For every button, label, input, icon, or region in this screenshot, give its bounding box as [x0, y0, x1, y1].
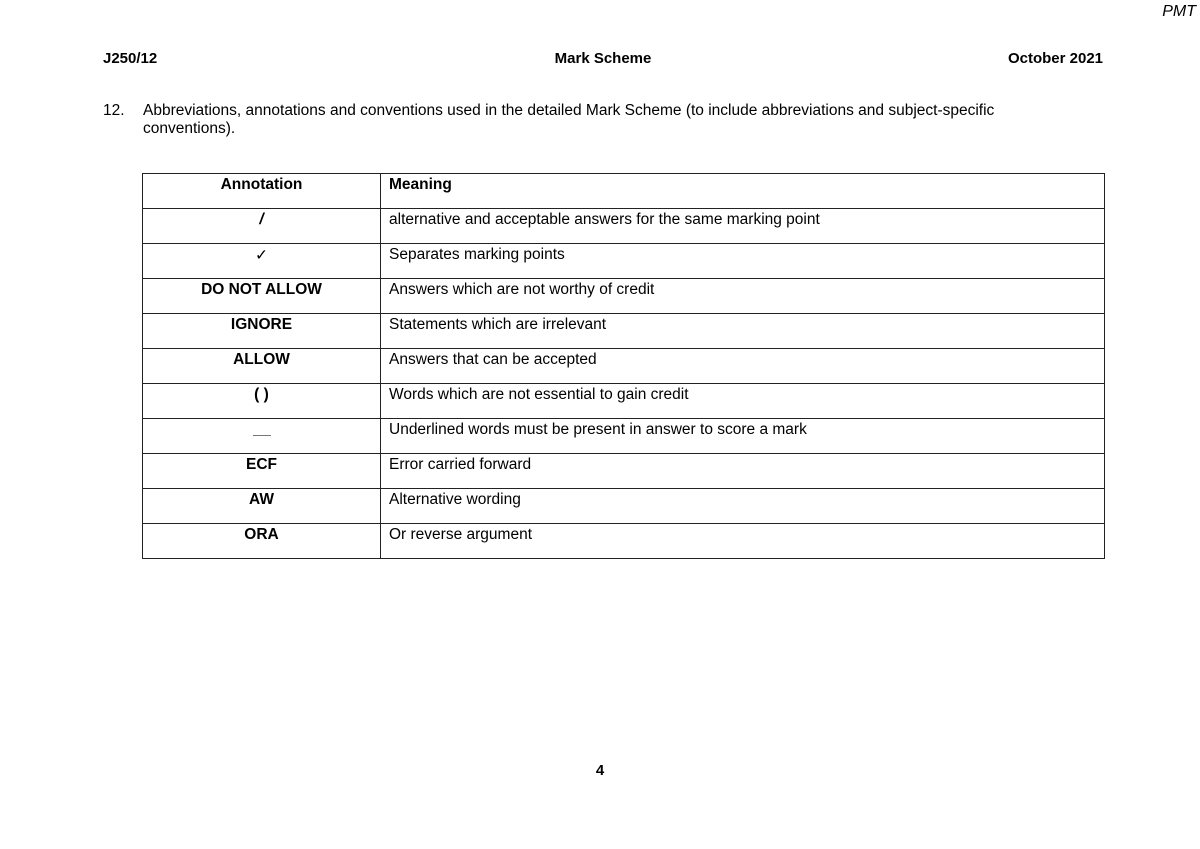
annotation-cell: ✓: [143, 244, 381, 279]
page-number: 4: [0, 762, 1200, 779]
annotation-cell: ORA: [143, 524, 381, 559]
table-row: / alternative and acceptable answers for…: [143, 209, 1105, 244]
table-header-row: Annotation Meaning: [143, 174, 1105, 209]
table-row: ( ) Words which are not essential to gai…: [143, 384, 1105, 419]
table-row: ✓ Separates marking points: [143, 244, 1105, 279]
section-number: 12.: [103, 102, 125, 120]
header-meaning: Meaning: [381, 174, 1105, 209]
annotation-cell: DO NOT ALLOW: [143, 279, 381, 314]
annotation-cell: ( ): [143, 384, 381, 419]
meaning-cell: Alternative wording: [381, 489, 1105, 524]
meaning-cell: Answers which are not worthy of credit: [381, 279, 1105, 314]
annotation-cell: IGNORE: [143, 314, 381, 349]
section-text: Abbreviations, annotations and conventio…: [143, 102, 1043, 138]
table-row: ORA Or reverse argument: [143, 524, 1105, 559]
annotation-cell: AW: [143, 489, 381, 524]
meaning-cell: Answers that can be accepted: [381, 349, 1105, 384]
annotation-cell: ALLOW: [143, 349, 381, 384]
section-12: 12. Abbreviations, annotations and conve…: [103, 102, 1043, 138]
annotation-cell: ECF: [143, 454, 381, 489]
annotation-cell: [143, 419, 381, 454]
table-row: IGNORE Statements which are irrelevant: [143, 314, 1105, 349]
annotation-cell: /: [143, 209, 381, 244]
watermark-pmt: PMT: [1162, 3, 1196, 21]
meaning-cell: Separates marking points: [381, 244, 1105, 279]
meaning-cell: Underlined words must be present in answ…: [381, 419, 1105, 454]
page-header: J250/12 Mark Scheme October 2021: [103, 50, 1103, 70]
underline-symbol: [253, 419, 271, 436]
table-row: ALLOW Answers that can be accepted: [143, 349, 1105, 384]
meaning-cell: Statements which are irrelevant: [381, 314, 1105, 349]
table-row: Underlined words must be present in answ…: [143, 419, 1105, 454]
meaning-cell: Or reverse argument: [381, 524, 1105, 559]
meaning-cell: Words which are not essential to gain cr…: [381, 384, 1105, 419]
slash-symbol: /: [259, 209, 263, 229]
header-annotation: Annotation: [143, 174, 381, 209]
meaning-cell: alternative and acceptable answers for t…: [381, 209, 1105, 244]
annotations-table: Annotation Meaning / alternative and acc…: [142, 173, 1105, 559]
tick-icon: ✓: [255, 244, 268, 265]
header-title: Mark Scheme: [103, 50, 1103, 67]
header-date: October 2021: [1008, 50, 1103, 67]
table-row: ECF Error carried forward: [143, 454, 1105, 489]
table-row: DO NOT ALLOW Answers which are not worth…: [143, 279, 1105, 314]
meaning-cell: Error carried forward: [381, 454, 1105, 489]
table-row: AW Alternative wording: [143, 489, 1105, 524]
